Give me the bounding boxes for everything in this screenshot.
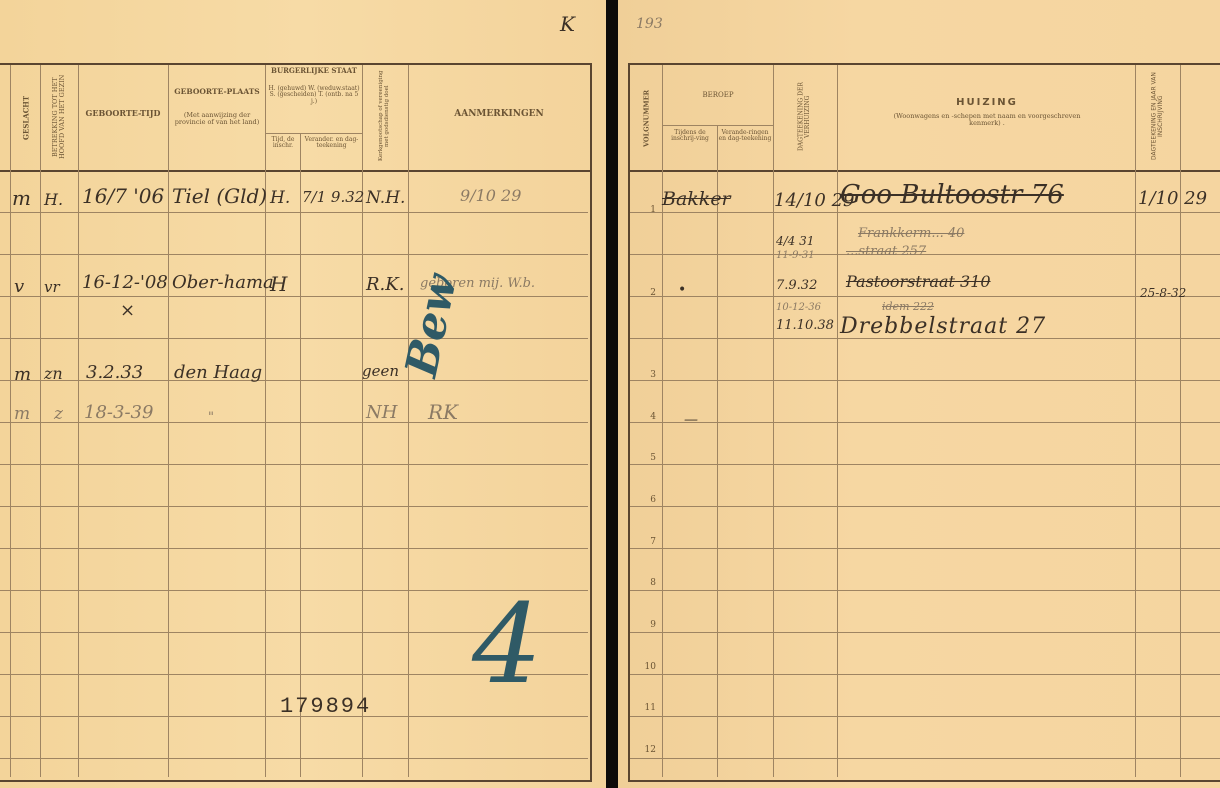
right-page: 193 VOLGNUMMER BEROEP Tijdens de inschri… bbox=[618, 0, 1220, 788]
row-number: 5 bbox=[636, 453, 656, 463]
row-line bbox=[0, 338, 588, 339]
col-line bbox=[40, 65, 41, 777]
header-burgerlijke-staat-codes: H. (gehuwd) W. (weduw.staat) S. (geschei… bbox=[266, 86, 362, 105]
row-line bbox=[0, 464, 588, 465]
geslacht-cell: v bbox=[14, 276, 24, 297]
col-line bbox=[1135, 65, 1136, 777]
col-line bbox=[10, 65, 11, 777]
header-divider bbox=[0, 170, 590, 172]
header-geboorteplaats: GEBOORTE-PLAATS bbox=[172, 88, 262, 96]
burg-staat-cell: H bbox=[270, 272, 287, 296]
geslacht-cell: m bbox=[14, 364, 31, 385]
row-number: 4 bbox=[636, 412, 656, 422]
header-geboortetijd: GEBOORTE-TIJD bbox=[80, 105, 166, 123]
row-line bbox=[630, 632, 1220, 633]
header-tijdens-inschrijving: Tijdens de inschrij-ving bbox=[664, 130, 716, 143]
row-line bbox=[630, 590, 1220, 591]
col-line bbox=[837, 65, 838, 777]
header-veranderingen: Verande-ringen en dag-teekening bbox=[718, 130, 772, 143]
row-line bbox=[0, 254, 588, 255]
row-number: 9 bbox=[636, 620, 656, 630]
row-line bbox=[630, 716, 1220, 717]
col-line bbox=[362, 65, 363, 777]
col-line bbox=[408, 65, 409, 777]
row-line bbox=[0, 212, 588, 213]
geboorteplaats-cell: " bbox=[208, 410, 214, 425]
header-tijd-inschr: Tijd, de inschr. bbox=[266, 137, 300, 150]
address-entry: Frankkerm... 40 bbox=[858, 226, 964, 241]
x-mark: × bbox=[120, 300, 135, 321]
aanmerkingen-cell: RK bbox=[428, 400, 458, 424]
geboorteplaats-cell: Ober-hama bbox=[172, 272, 274, 293]
geboorteplaats-cell: den Haag bbox=[174, 362, 262, 383]
row-line bbox=[0, 758, 588, 759]
header-geboorteplaats-sub: (Met aanwijzing der provincie of van het… bbox=[172, 112, 262, 126]
geboortetijd-cell: 18-3-39 bbox=[84, 402, 153, 423]
verhuizing-date: 4/4 31 bbox=[776, 234, 814, 248]
col-line bbox=[265, 65, 266, 777]
row-number: 3 bbox=[636, 370, 656, 380]
kerk-cell: R.K. bbox=[366, 274, 404, 295]
header-beroep: BEROEP bbox=[664, 92, 772, 99]
kerk-cell: geen bbox=[362, 362, 399, 380]
row-number: 8 bbox=[636, 578, 656, 588]
row-line bbox=[0, 506, 588, 507]
beroep-cell: • bbox=[678, 282, 686, 298]
inschrijving-date: 25-8-32 bbox=[1140, 286, 1186, 300]
betrekking-cell: vr bbox=[44, 278, 60, 296]
address-entry: Drebbelstraat 27 bbox=[840, 314, 1046, 339]
row-number: 6 bbox=[636, 495, 656, 505]
header-divider bbox=[630, 170, 1220, 172]
beroep-cell: Bakker bbox=[662, 188, 731, 210]
col-line bbox=[773, 65, 774, 777]
col-line bbox=[78, 65, 79, 777]
col-line bbox=[717, 125, 718, 777]
header-huizing-sub: (Woonwagens en -schepen met naam en voor… bbox=[880, 113, 1094, 127]
geboortetijd-cell: 3.2.33 bbox=[86, 362, 143, 383]
header-dagteekening-verhuizing: DAGTEEKENING DER VERHUIZING bbox=[775, 68, 835, 166]
header-verandering: Verander. en dag-teekening bbox=[301, 137, 362, 150]
betrekking-cell: H. bbox=[44, 190, 63, 209]
verhuizing-date: 11-9-31 bbox=[776, 250, 815, 261]
large-blue-number: 4 bbox=[472, 580, 542, 708]
kerk-cell: NH bbox=[366, 402, 397, 423]
kerk-cell: N.H. bbox=[366, 188, 405, 208]
header-burgerlijke-staat: BURGERLIJKE STAAT bbox=[266, 67, 362, 74]
beroep-cell: — bbox=[684, 412, 698, 428]
col-line bbox=[1180, 65, 1181, 777]
header-kerkgenootschap: Kerkgenootschap of vereeniging met godsd… bbox=[364, 66, 406, 166]
corner-mark-left: K bbox=[560, 12, 575, 36]
row-line bbox=[630, 674, 1220, 675]
row-line bbox=[0, 296, 588, 297]
header-dagteekening-inschrijving: DAGTEEKENING EN JAAR VAN INSCHRIJVING bbox=[1137, 66, 1179, 166]
row-number: 11 bbox=[636, 703, 656, 713]
geboortetijd-cell: 16/7 '06 bbox=[82, 184, 164, 208]
row-line bbox=[630, 296, 1220, 297]
col-line bbox=[662, 65, 663, 777]
aanmerkingen-cell: 9/10 29 bbox=[460, 186, 521, 205]
row-line bbox=[630, 758, 1220, 759]
verhuizing-date: 11.10.38 bbox=[776, 318, 834, 333]
verhuizing-date: 7.9.32 bbox=[776, 278, 817, 293]
col-line bbox=[300, 133, 301, 777]
header-geslacht: GESLACHT bbox=[12, 72, 40, 164]
row-line bbox=[630, 212, 1220, 213]
row-number: 2 bbox=[636, 288, 656, 298]
row-line bbox=[630, 548, 1220, 549]
row-number: 10 bbox=[636, 662, 656, 672]
burg-staat-date-cell: 7/1 9.32 bbox=[302, 188, 364, 206]
geboortetijd-cell: 16-12-'08 bbox=[82, 272, 168, 293]
subheader-line bbox=[662, 125, 773, 126]
header-aanmerkingen: AANMERKINGEN bbox=[410, 110, 588, 119]
address-entry: ...straat 257 bbox=[846, 244, 926, 259]
col-line bbox=[168, 65, 169, 777]
left-page: K GESLACHT BETREKKING TOT HET HOOFD VAN … bbox=[0, 0, 606, 788]
row-number: 12 bbox=[636, 745, 656, 755]
corner-mark-right: 193 bbox=[636, 16, 663, 32]
verhuizing-date: 10-12-36 bbox=[776, 302, 821, 313]
row-line bbox=[0, 548, 588, 549]
header-betrekking: BETREKKING TOT HET HOOFD VAN HET GEZIN bbox=[42, 68, 76, 166]
inschrijving-date: 1/10 29 bbox=[1138, 188, 1207, 209]
row-line bbox=[630, 506, 1220, 507]
header-huizing: HUIZING bbox=[840, 98, 1134, 109]
address-entry: Pastoorstraat 310 bbox=[846, 272, 991, 291]
burg-staat-cell: H. bbox=[270, 188, 290, 208]
address-entry: idem 222 bbox=[882, 300, 934, 313]
geslacht-cell: m bbox=[14, 404, 30, 424]
row-number: 1 bbox=[636, 205, 656, 215]
geboorteplaats-cell: Tiel (Gld) bbox=[172, 184, 267, 208]
row-line bbox=[630, 380, 1220, 381]
betrekking-cell: z bbox=[54, 404, 63, 424]
register-stamp-number: 179894 bbox=[280, 694, 371, 719]
geslacht-cell: m bbox=[12, 186, 31, 210]
row-line bbox=[630, 422, 1220, 423]
header-volgnummer: VOLGNUMMER bbox=[632, 72, 662, 164]
address-entry: Goo Bultoostr 76 bbox=[840, 180, 1064, 210]
row-line bbox=[630, 464, 1220, 465]
row-number: 7 bbox=[636, 537, 656, 547]
subheader-line bbox=[265, 133, 362, 134]
book-spine bbox=[606, 0, 618, 788]
betrekking-cell: zn bbox=[44, 364, 63, 383]
